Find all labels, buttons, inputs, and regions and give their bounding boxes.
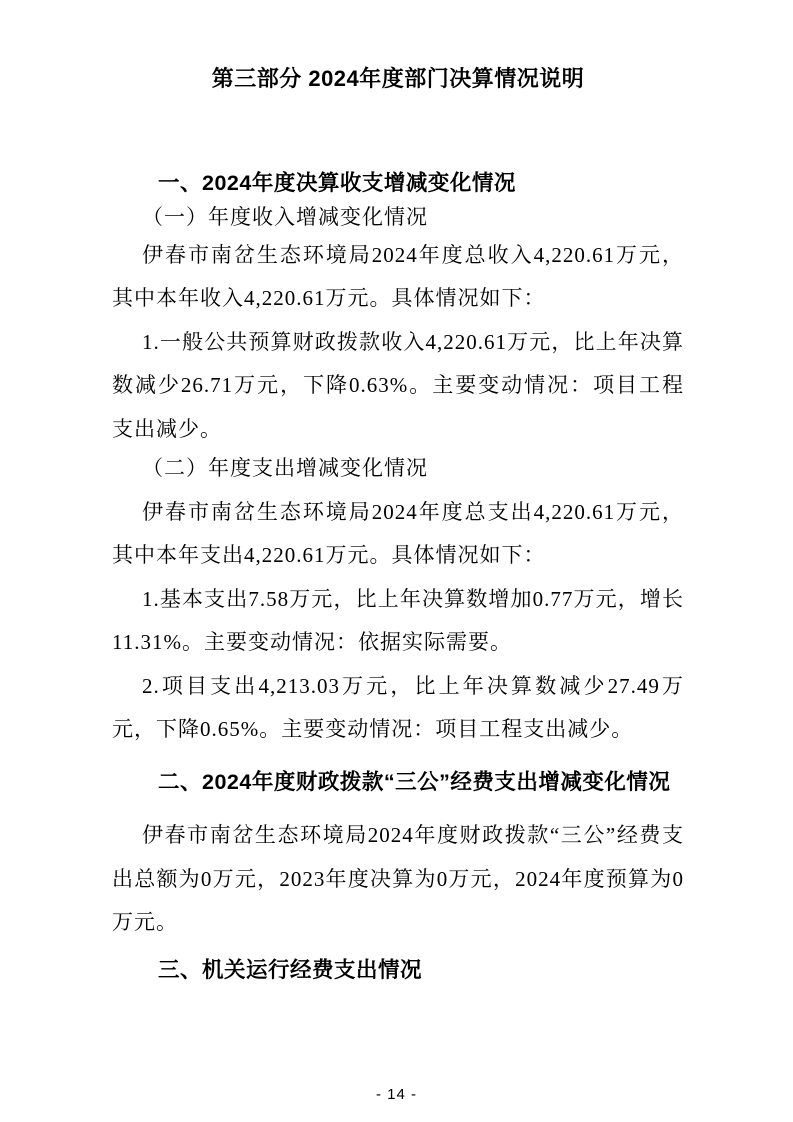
paragraph-expenditure-item-1: 1.基本支出7.58万元，比上年决算数增加0.77万元，增长11.31%。主要变… — [112, 578, 684, 665]
subsection-heading-1-2: （二）年度支出增减变化情况 — [112, 451, 684, 485]
page-number: - 14 - — [0, 1086, 793, 1104]
section-heading-3: 三、机关运行经费支出情况 — [112, 953, 684, 987]
document-page: 第三部分 2024年度部门决算情况说明 一、2024年度决算收支增减变化情况 （… — [0, 0, 793, 1122]
paragraph-expenditure-item-2: 2.项目支出4,213.03万元，比上年决算数减少27.49万元，下降0.65%… — [112, 665, 684, 752]
document-title: 第三部分 2024年度部门决算情况说明 — [112, 64, 684, 94]
document-content: 第三部分 2024年度部门决算情况说明 一、2024年度决算收支增减变化情况 （… — [112, 0, 684, 987]
paragraph-income-total: 伊春市南岔生态环境局2024年度总收入4,220.61万元，其中本年收入4,22… — [112, 234, 684, 321]
section-heading-1: 一、2024年度决算收支增减变化情况 — [112, 166, 684, 200]
paragraph-expenditure-total: 伊春市南岔生态环境局2024年度总支出4,220.61万元，其中本年支出4,22… — [112, 491, 684, 578]
subsection-heading-1-1: （一）年度收入增减变化情况 — [112, 200, 684, 234]
paragraph-three-public-funds: 伊春市南岔生态环境局2024年度财政拨款“三公”经费支出总额为0万元，2023年… — [112, 814, 684, 944]
paragraph-income-item-1: 1.一般公共预算财政拨款收入4,220.61万元，比上年决算数减少26.71万元… — [112, 321, 684, 451]
section-heading-2: 二、2024年度财政拨款“三公”经费支出增减变化情况 — [112, 765, 684, 799]
